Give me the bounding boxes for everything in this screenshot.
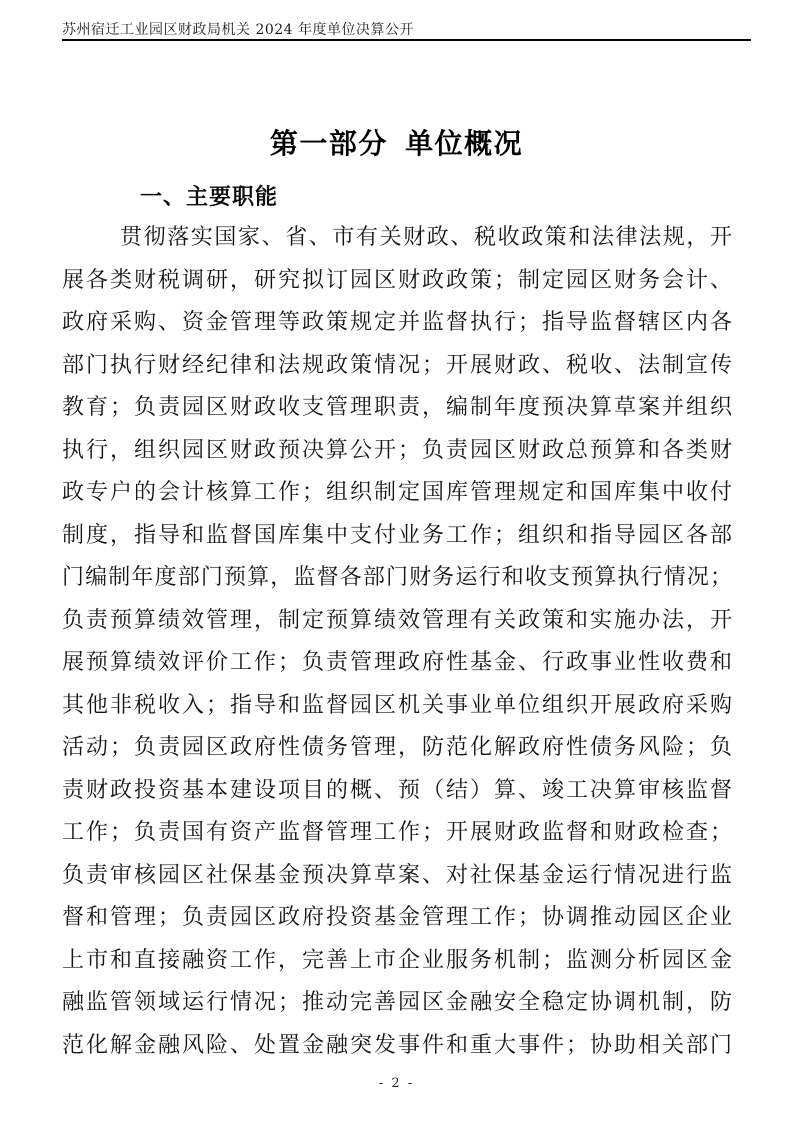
section-heading: 一、主要职能 [140, 180, 278, 211]
body-line: 部门执行财经纪律和法规政策情况；开展财政、税收、法制宣传 [62, 345, 732, 388]
body-line: 制度，指导和监督国库集中支付业务工作；组织和指导园区各部 [62, 515, 732, 558]
body-line: 门编制年度部门预算，监督各部门财务运行和收支预算执行情况； [62, 557, 732, 600]
body-line: 上市和直接融资工作，完善上市企业服务机制；监测分析园区金 [62, 940, 732, 983]
body-line: 教育；负责园区财政收支管理职责，编制年度预决算草案并组织 [62, 387, 732, 430]
body-line: 负责审核园区社保基金预决算草案、对社保基金运行情况进行监 [62, 855, 732, 898]
body-paragraph: 贯彻落实国家、省、市有关财政、税收政策和法律法规，开展各类财税调研，研究拟订园区… [62, 217, 732, 1067]
body-line: 督和管理；负责园区政府投资基金管理工作；协调推动园区企业 [62, 897, 732, 940]
body-line: 融监管领域运行情况；推动完善园区金融安全稳定协调机制，防 [62, 982, 732, 1025]
header-divider-rule [62, 39, 751, 41]
body-line: 展预算绩效评价工作；负责管理政府性基金、行政事业性收费和 [62, 642, 732, 685]
page-title: 第一部分 单位概况 [0, 122, 793, 162]
body-line: 贯彻落实国家、省、市有关财政、税收政策和法律法规，开 [62, 217, 732, 260]
page-number: - 2 - [0, 1076, 793, 1091]
body-line: 其他非税收入；指导和监督园区机关事业单位组织开展政府采购 [62, 685, 732, 728]
body-line: 政府采购、资金管理等政策规定并监督执行；指导监督辖区内各 [62, 302, 732, 345]
page-header-text: 苏州宿迁工业园区财政局机关 2024 年度单位决算公开 [62, 19, 751, 39]
body-line: 责财政投资基本建设项目的概、预（结）算、竣工决算审核监督 [62, 770, 732, 813]
body-line: 活动；负责园区政府性债务管理，防范化解政府性债务风险；负 [62, 727, 732, 770]
body-line: 执行，组织园区财政预决算公开；负责园区财政总预算和各类财 [62, 430, 732, 473]
body-line: 负责预算绩效管理，制定预算绩效管理有关政策和实施办法，开 [62, 600, 732, 643]
body-line: 展各类财税调研，研究拟订园区财政政策；制定园区财务会计、 [62, 260, 732, 303]
body-line: 政专户的会计核算工作；组织制定国库管理规定和国库集中收付 [62, 472, 732, 515]
body-line: 工作；负责国有资产监督管理工作；开展财政监督和财政检查； [62, 812, 732, 855]
document-page: 苏州宿迁工业园区财政局机关 2024 年度单位决算公开 第一部分 单位概况 一、… [0, 0, 793, 1122]
body-line: 范化解金融风险、处置金融突发事件和重大事件；协助相关部门 [62, 1025, 732, 1068]
